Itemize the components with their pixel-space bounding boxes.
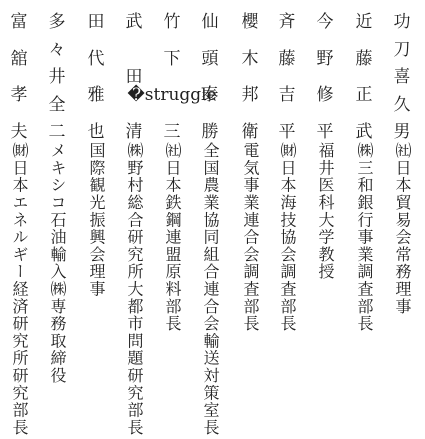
name-char: 功 — [394, 12, 411, 32]
member-affiliation: ㈱野村総合研究所大都市問題研究部長 — [124, 142, 144, 436]
name-char: 吉 — [279, 85, 296, 105]
member-affiliation: ㈶日本海技協会調査部長 — [277, 142, 297, 332]
name-char: 竹 — [164, 12, 181, 32]
member-name: 功 刀 喜 久 男 — [390, 12, 414, 142]
member-affiliation: 全国農業協同組合連合会輸送対策室長 — [200, 142, 220, 436]
name-char: 喜 — [394, 67, 411, 87]
member-entry: 近 藤 正 武 ㈱三和銀行事業調査部長 — [352, 0, 376, 439]
member-affiliation: ㈳日本鉄鋼連盟原料部長 — [162, 142, 182, 332]
name-char: 田 — [126, 67, 143, 87]
name-char: 久 — [394, 95, 411, 115]
name-char: 雅 — [88, 85, 105, 105]
member-entry: 武 田 清 ㈱野村総合研究所大都市問題研究部長 — [122, 0, 146, 439]
member-entry: 功 刀 喜 久 男 ㈳日本貿易会常務理事 — [390, 0, 414, 439]
name-char: 井 — [49, 67, 66, 87]
name-char: 刀 — [394, 40, 411, 60]
member-name: 武 田 清 — [122, 12, 146, 142]
name-char: 藤 — [279, 49, 296, 69]
name-char: 今 — [317, 12, 334, 32]
name-char: 木 — [242, 49, 259, 69]
member-entry: 仙 頭 泰 勝 全国農業協同組合連合会輸送対策室長 — [198, 0, 222, 439]
name-char: 孝 — [11, 85, 28, 105]
name-char: 男 — [394, 122, 411, 142]
name-char: 々 — [49, 40, 66, 60]
member-name: 田 代 雅 也 — [84, 12, 108, 142]
member-affiliation: 電気事業連合会調査部長 — [240, 142, 260, 332]
member-name: 近 藤 正 武 — [352, 12, 376, 142]
name-char: 邦 — [242, 85, 259, 105]
member-name: 櫻 木 邦 衛 — [238, 12, 262, 142]
member-entry: 田 代 雅 也 国際観光振興会理事 — [84, 0, 108, 439]
member-name: 仙 頭 泰 勝 — [198, 12, 222, 142]
member-affiliation: 福井医科大学教授 — [315, 142, 335, 280]
name-char: 修 — [317, 85, 334, 105]
name-char: 仙 — [202, 12, 219, 32]
name-char: 代 — [88, 49, 105, 69]
member-entry: 斉 藤 吉 平 ㈶日本海技協会調査部長 — [275, 0, 299, 439]
member-entry: 櫻 木 邦 衛 電気事業連合会調査部長 — [238, 0, 262, 439]
name-char: 平 — [279, 122, 296, 142]
member-entry: 富 舘 孝 夫 ㈶日本エネルギー経済研究所研究部長 — [7, 0, 31, 439]
member-name: 斉 藤 吉 平 — [275, 12, 299, 142]
name-char: 衛 — [242, 122, 259, 142]
member-affiliation: ㈱三和銀行事業調査部長 — [354, 142, 374, 332]
name-char: 藤 — [356, 49, 373, 69]
name-char: 武 — [356, 122, 373, 142]
name-char: 平 — [317, 122, 334, 142]
member-name: 多 々 井 全 二 — [45, 12, 69, 142]
member-affiliation: ㈳日本貿易会常務理事 — [392, 142, 412, 315]
name-char: 下 — [164, 49, 181, 69]
name-char: 三 — [164, 122, 181, 142]
name-char: 武 — [126, 12, 143, 32]
name-char: 富 — [11, 12, 28, 32]
name-char: 全 — [49, 95, 66, 115]
member-name: 今 野 修 平 — [313, 12, 337, 142]
name-char: 正 — [356, 85, 373, 105]
member-name: 竹 下 �struggle 三 — [160, 12, 184, 142]
member-affiliation: 国際観光振興会理事 — [86, 142, 106, 298]
name-char: 田 — [88, 12, 105, 32]
name-char: 夫 — [11, 122, 28, 142]
member-entry: 竹 下 �struggle 三 ㈳日本鉄鋼連盟原料部長 — [160, 0, 184, 439]
name-char: 勝 — [202, 122, 219, 142]
name-char: 斉 — [279, 12, 296, 32]
name-char: 近 — [356, 12, 373, 32]
member-affiliation: ㈶日本エネルギー経済研究所研究部長 — [9, 142, 29, 436]
member-name: 富 舘 孝 夫 — [7, 12, 31, 142]
name-char: 櫻 — [242, 12, 259, 32]
name-char: 野 — [317, 49, 334, 69]
name-char: 舘 — [11, 49, 28, 69]
name-char: 頭 — [202, 49, 219, 69]
member-entry: 今 野 修 平 福井医科大学教授 — [313, 0, 337, 439]
member-affiliation: メキシコ石油輸入㈱専務取締役 — [47, 142, 67, 384]
member-entry: 多 々 井 全 二 メキシコ石油輸入㈱専務取締役 — [45, 0, 69, 439]
name-char: 清 — [126, 122, 143, 142]
name-char: 二 — [49, 122, 66, 142]
name-char: 也 — [88, 122, 105, 142]
name-char: 多 — [49, 12, 66, 32]
